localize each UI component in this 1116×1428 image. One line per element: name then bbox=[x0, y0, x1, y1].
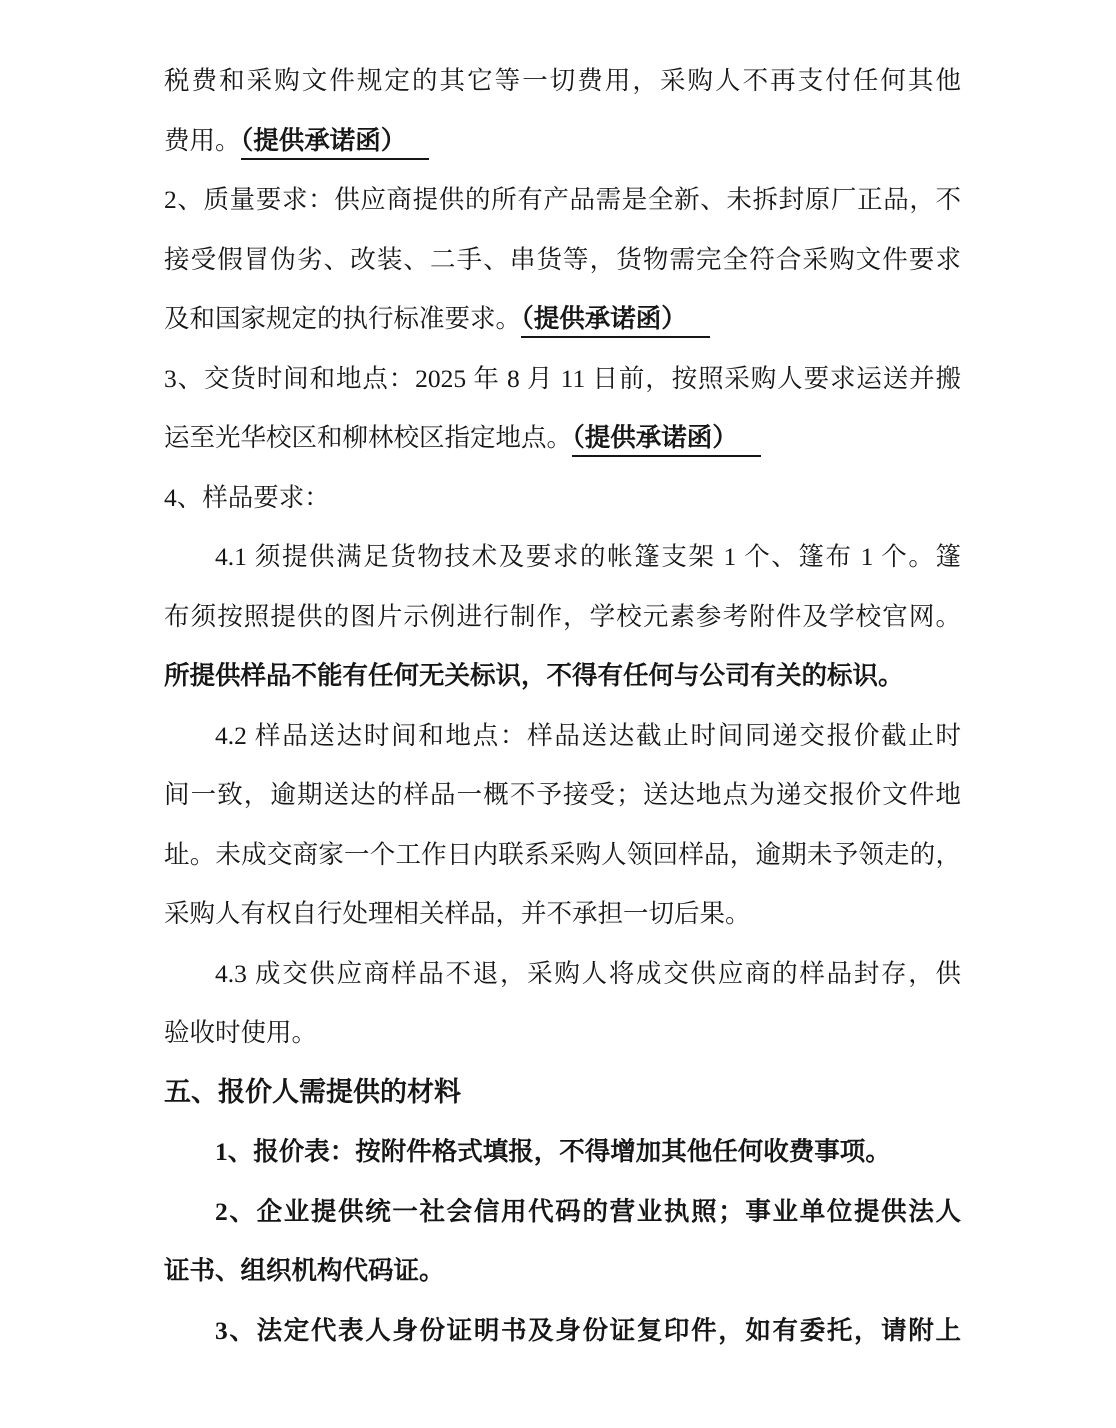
underlined-commitment-note: （提供承诺函） bbox=[521, 304, 710, 338]
para-3-delivery-line-1: 3、交货时间和地点：2025 年 8 月 11 日前，按照采购人要求运送并搬 bbox=[164, 349, 961, 409]
para-1-payment-line-1: 税费和采购文件规定的其它等一切费用，采购人不再支付任何其他 bbox=[164, 51, 961, 111]
text-segment: 4、样品要求： bbox=[164, 483, 330, 512]
para-2-quality-line-1: 2、质量要求：供应商提供的所有产品需是全新、未拆封原厂正品，不 bbox=[164, 170, 961, 230]
para-1-payment-line-2: 费用。（提供承诺函） bbox=[164, 111, 961, 171]
text-segment: 运至光华校区和柳林校区指定地点。 bbox=[164, 423, 572, 452]
para-4-1-line-3: 所提供样品不能有任何无关标识，不得有任何与公司有关的标识。 bbox=[164, 646, 961, 706]
para-4-3-line-1: 4.3 成交供应商样品不退，采购人将成交供应商的样品封存，供 bbox=[164, 944, 961, 1004]
text-segment: 费用。 bbox=[164, 126, 241, 155]
text-segment: 验收时使用。 bbox=[164, 1018, 317, 1047]
para-2-quality-line-2: 接受假冒伪劣、改装、二手、串货等，货物需完全符合采购文件要求 bbox=[164, 230, 961, 290]
underlined-commitment-note: （提供承诺函） bbox=[572, 423, 761, 457]
para-3-delivery-line-2: 运至光华校区和柳林校区指定地点。（提供承诺函） bbox=[164, 408, 961, 468]
para-5-1: 1、报价表：按附件格式填报，不得增加其他任何收费事项。 bbox=[164, 1122, 961, 1182]
para-4-2-line-1: 4.2 样品送达时间和地点：样品送达截止时间同递交报价截止时 bbox=[164, 706, 961, 766]
text-segment: 所提供样品不能有任何无关标识，不得有任何与公司有关的标识。 bbox=[164, 661, 904, 690]
text-segment: 4.2 样品送达时间和地点：样品送达截止时间同递交报价截止时 bbox=[215, 721, 961, 750]
text-segment: 布须按照提供的图片示例进行制作，学校元素参考附件及学校官网。 bbox=[164, 602, 961, 631]
text-segment: 接受假冒伪劣、改装、二手、串货等，货物需完全符合采购文件要求 bbox=[164, 245, 961, 274]
para-4-3-line-2: 验收时使用。 bbox=[164, 1003, 961, 1063]
text-segment: 证书、组织机构代码证。 bbox=[164, 1256, 445, 1285]
text-segment: 3、法定代表人身份证明书及身份证复印件，如有委托，请附上 bbox=[215, 1316, 961, 1345]
para-5-2-line-2: 证书、组织机构代码证。 bbox=[164, 1241, 961, 1301]
text-segment: 税费和采购文件规定的其它等一切费用，采购人不再支付任何其他 bbox=[164, 66, 961, 95]
text-segment: 3、交货时间和地点：2025 年 8 月 11 日前，按照采购人要求运送并搬 bbox=[164, 364, 961, 393]
text-segment: 4.1 须提供满足货物技术及要求的帐篷支架 1 个、篷布 1 个。篷 bbox=[215, 542, 961, 571]
text-segment: 及和国家规定的执行标准要求。 bbox=[164, 304, 521, 333]
para-4-sample-heading: 4、样品要求： bbox=[164, 468, 961, 528]
underlined-commitment-note: （提供承诺函） bbox=[241, 126, 430, 160]
document-body: 税费和采购文件规定的其它等一切费用，采购人不再支付任何其他费用。（提供承诺函）2… bbox=[164, 51, 961, 1360]
text-segment: 2、企业提供统一社会信用代码的营业执照；事业单位提供法人 bbox=[215, 1197, 961, 1226]
para-5-3-line-1: 3、法定代表人身份证明书及身份证复印件，如有委托，请附上 bbox=[164, 1301, 961, 1361]
para-4-1-line-1: 4.1 须提供满足货物技术及要求的帐篷支架 1 个、篷布 1 个。篷 bbox=[164, 527, 961, 587]
text-segment: 址。未成交商家一个工作日内联系采购人领回样品，逾期未予领走的， bbox=[164, 840, 961, 869]
text-segment: 4.3 成交供应商样品不退，采购人将成交供应商的样品封存，供 bbox=[215, 959, 961, 988]
section-5-heading: 五、报价人需提供的材料 bbox=[164, 1063, 961, 1123]
para-2-quality-line-3: 及和国家规定的执行标准要求。（提供承诺函） bbox=[164, 289, 961, 349]
para-5-2-line-1: 2、企业提供统一社会信用代码的营业执照；事业单位提供法人 bbox=[164, 1182, 961, 1242]
text-segment: 采购人有权自行处理相关样品，并不承担一切后果。 bbox=[164, 899, 751, 928]
para-4-2-line-3: 址。未成交商家一个工作日内联系采购人领回样品，逾期未予领走的， bbox=[164, 825, 961, 885]
document-page: 税费和采购文件规定的其它等一切费用，采购人不再支付任何其他费用。（提供承诺函）2… bbox=[0, 0, 1116, 1428]
text-segment: 1、报价表：按附件格式填报，不得增加其他任何收费事项。 bbox=[215, 1137, 891, 1166]
text-segment: 五、报价人需提供的材料 bbox=[164, 1077, 461, 1107]
para-4-2-line-2: 间一致，逾期送达的样品一概不予接受；送达地点为递交报价文件地 bbox=[164, 765, 961, 825]
text-segment: 间一致，逾期送达的样品一概不予接受；送达地点为递交报价文件地 bbox=[164, 780, 961, 809]
text-segment: 2、质量要求：供应商提供的所有产品需是全新、未拆封原厂正品，不 bbox=[164, 185, 961, 214]
para-4-2-line-4: 采购人有权自行处理相关样品，并不承担一切后果。 bbox=[164, 884, 961, 944]
para-4-1-line-2: 布须按照提供的图片示例进行制作，学校元素参考附件及学校官网。 bbox=[164, 587, 961, 647]
